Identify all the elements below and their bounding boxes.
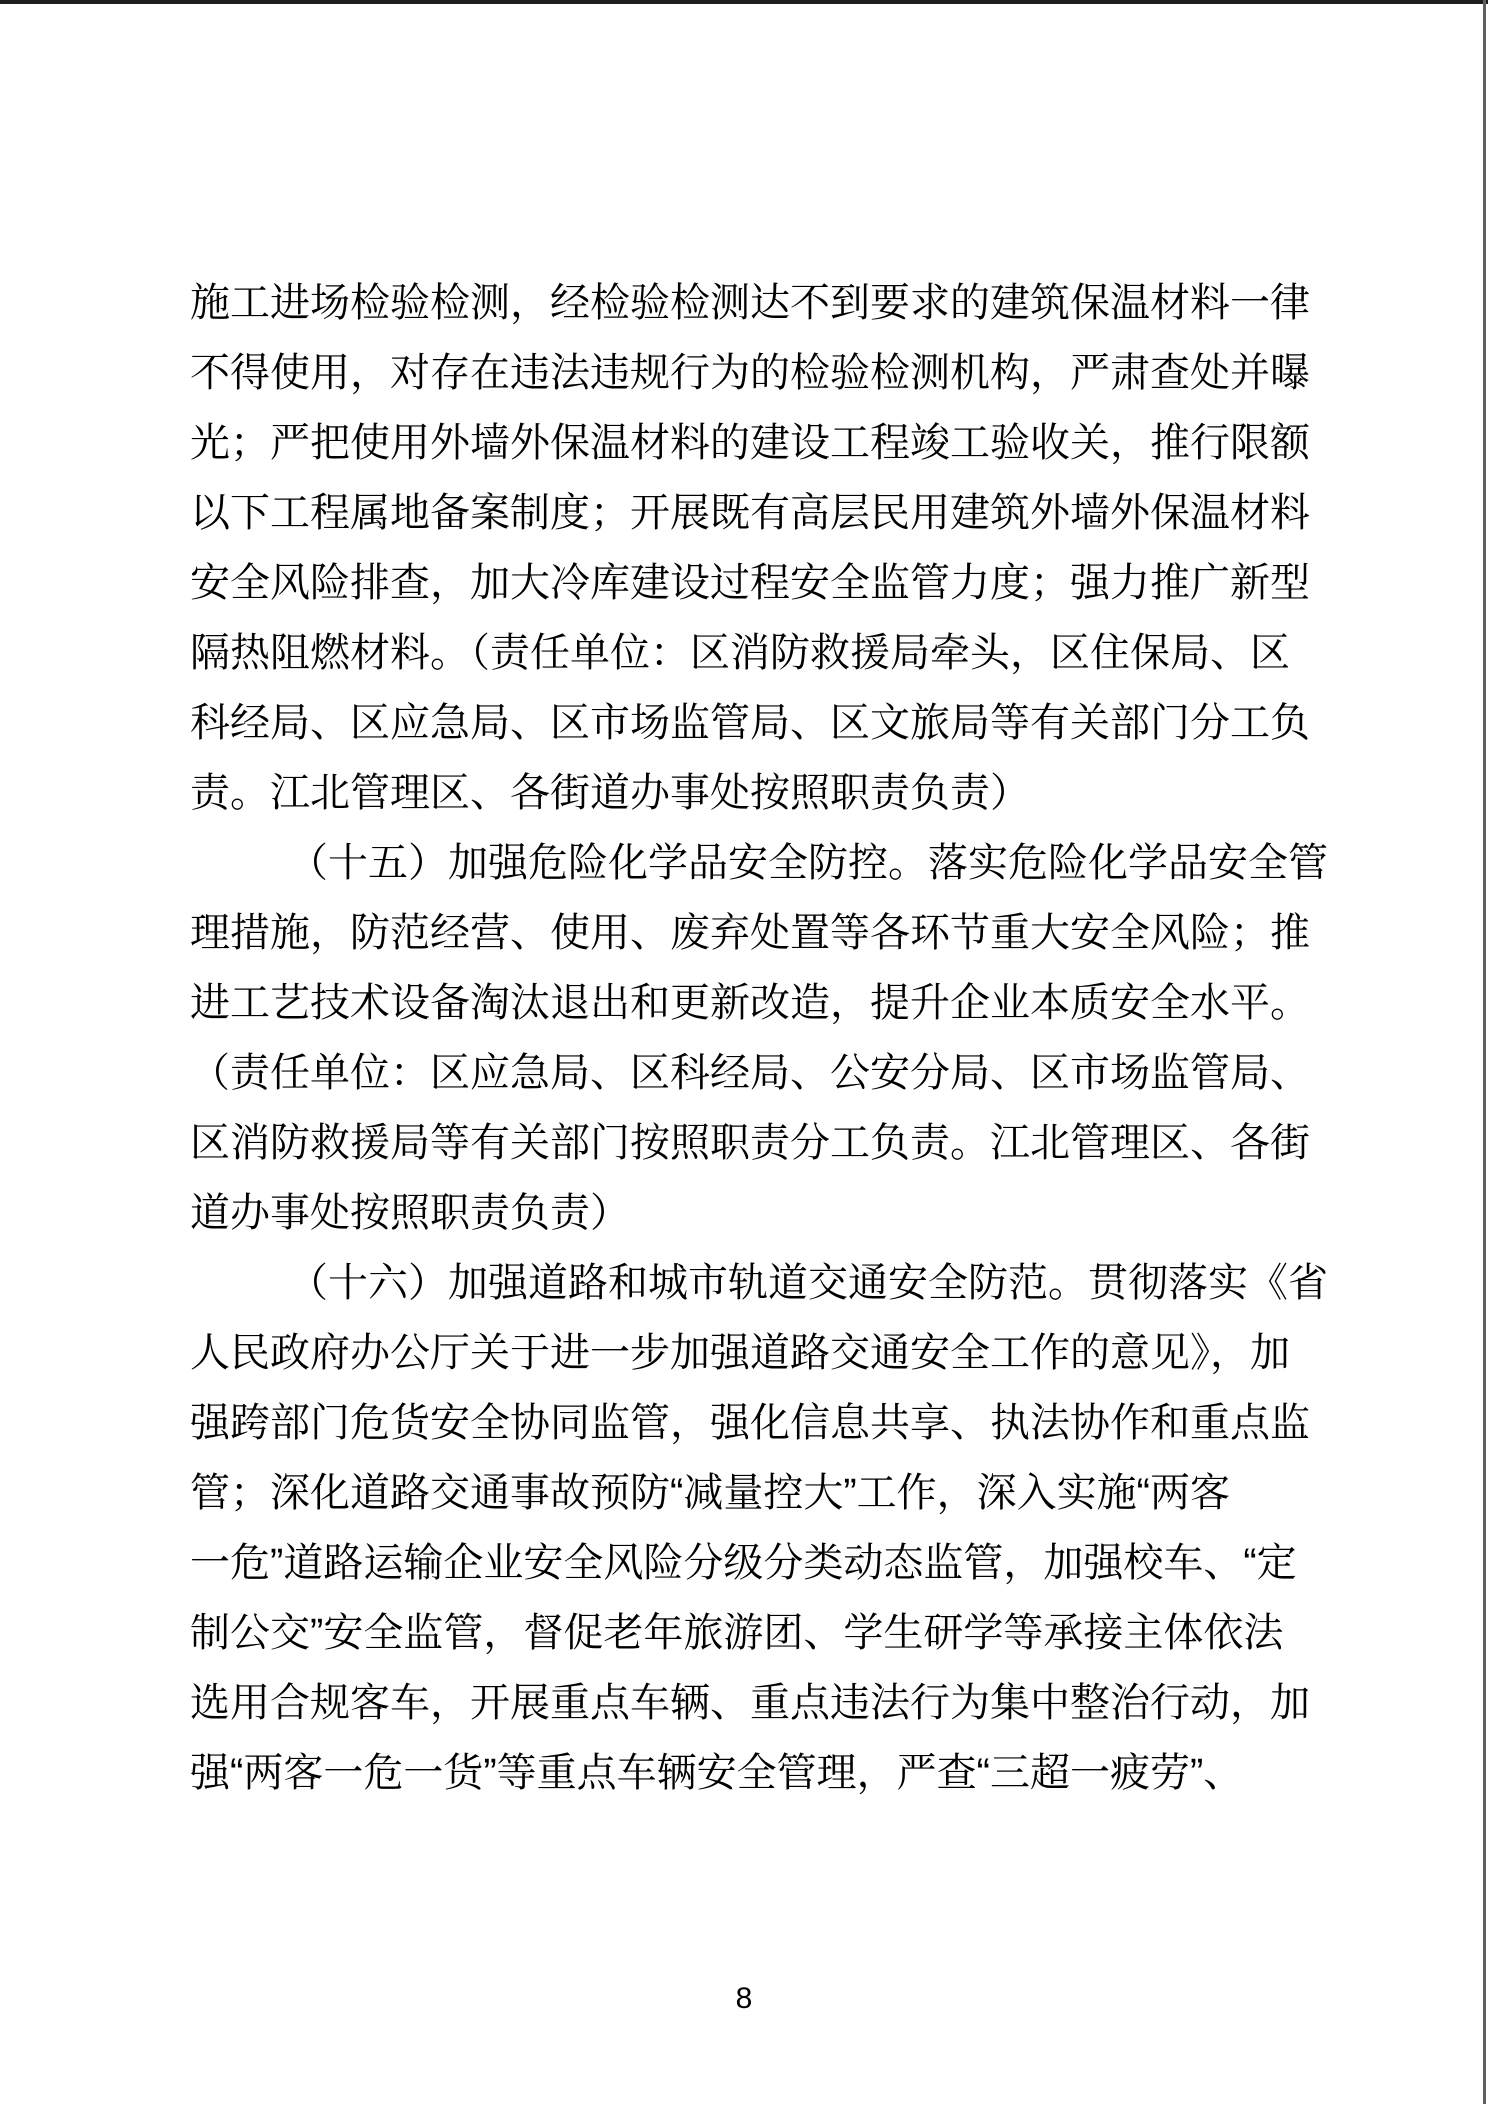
page-right-edge-line (1483, 0, 1486, 2104)
text-line: （十五）加强危险化学品安全防控。落实危险化学品安全管 (190, 828, 1310, 898)
text-line: 责。江北管理区、各街道办事处按照职责负责） (190, 758, 1310, 828)
document-body: 施工进场检验检测，经检验检测达不到要求的建筑保温材料一律 不得使用，对存在违法违… (190, 268, 1310, 1808)
text-line: 光；严把使用外墙外保温材料的建设工程竣工验收关，推行限额 (190, 408, 1310, 478)
page-number: 8 (0, 1981, 1488, 2017)
text-line: 进工艺技术设备淘汰退出和更新改造，提升企业本质安全水平。 (190, 968, 1310, 1038)
paragraph-item-15: （十五）加强危险化学品安全防控。落实危险化学品安全管 理措施，防范经营、使用、废… (190, 828, 1310, 1248)
paragraph-continuation: 施工进场检验检测，经检验检测达不到要求的建筑保温材料一律 不得使用，对存在违法违… (190, 268, 1310, 828)
text-line: 人民政府办公厅关于进一步加强道路交通安全工作的意见》，加 (190, 1318, 1310, 1388)
text-line: 不得使用，对存在违法违规行为的检验检测机构，严肃查处并曝 (190, 338, 1310, 408)
text-line: 隔热阻燃材料。（责任单位：区消防救援局牵头，区住保局、区 (190, 618, 1310, 688)
document-page: 施工进场检验检测，经检验检测达不到要求的建筑保温材料一律 不得使用，对存在违法违… (0, 0, 1488, 2104)
text-line: （十六）加强道路和城市轨道交通安全防范。贯彻落实《省 (190, 1248, 1310, 1318)
text-line: 以下工程属地备案制度；开展既有高层民用建筑外墙外保温材料 (190, 478, 1310, 548)
text-line: 安全风险排查，加大冷库建设过程安全监管力度；强力推广新型 (190, 548, 1310, 618)
text-line: 一危”道路运输企业安全风险分级分类动态监管，加强校车、“定 (190, 1528, 1310, 1598)
text-line: 施工进场检验检测，经检验检测达不到要求的建筑保温材料一律 (190, 268, 1310, 338)
page-top-border (0, 0, 1488, 4)
text-line: 强跨部门危货安全协同监管，强化信息共享、执法协作和重点监 (190, 1388, 1310, 1458)
text-line: 理措施，防范经营、使用、废弃处置等各环节重大安全风险；推 (190, 898, 1310, 968)
text-line: 管；深化道路交通事故预防“减量控大”工作，深入实施“两客 (190, 1458, 1310, 1528)
text-line: （责任单位：区应急局、区科经局、公安分局、区市场监管局、 (190, 1038, 1310, 1108)
text-line: 制公交”安全监管，督促老年旅游团、学生研学等承接主体依法 (190, 1598, 1310, 1668)
paragraph-item-16: （十六）加强道路和城市轨道交通安全防范。贯彻落实《省 人民政府办公厅关于进一步加… (190, 1248, 1310, 1808)
text-line: 道办事处按照职责负责） (190, 1178, 1310, 1248)
text-line: 科经局、区应急局、区市场监管局、区文旅局等有关部门分工负 (190, 688, 1310, 758)
text-line: 区消防救援局等有关部门按照职责分工负责。江北管理区、各街 (190, 1108, 1310, 1178)
text-line: 强“两客一危一货”等重点车辆安全管理，严查“三超一疲劳”、 (190, 1738, 1310, 1808)
text-line: 选用合规客车，开展重点车辆、重点违法行为集中整治行动，加 (190, 1668, 1310, 1738)
